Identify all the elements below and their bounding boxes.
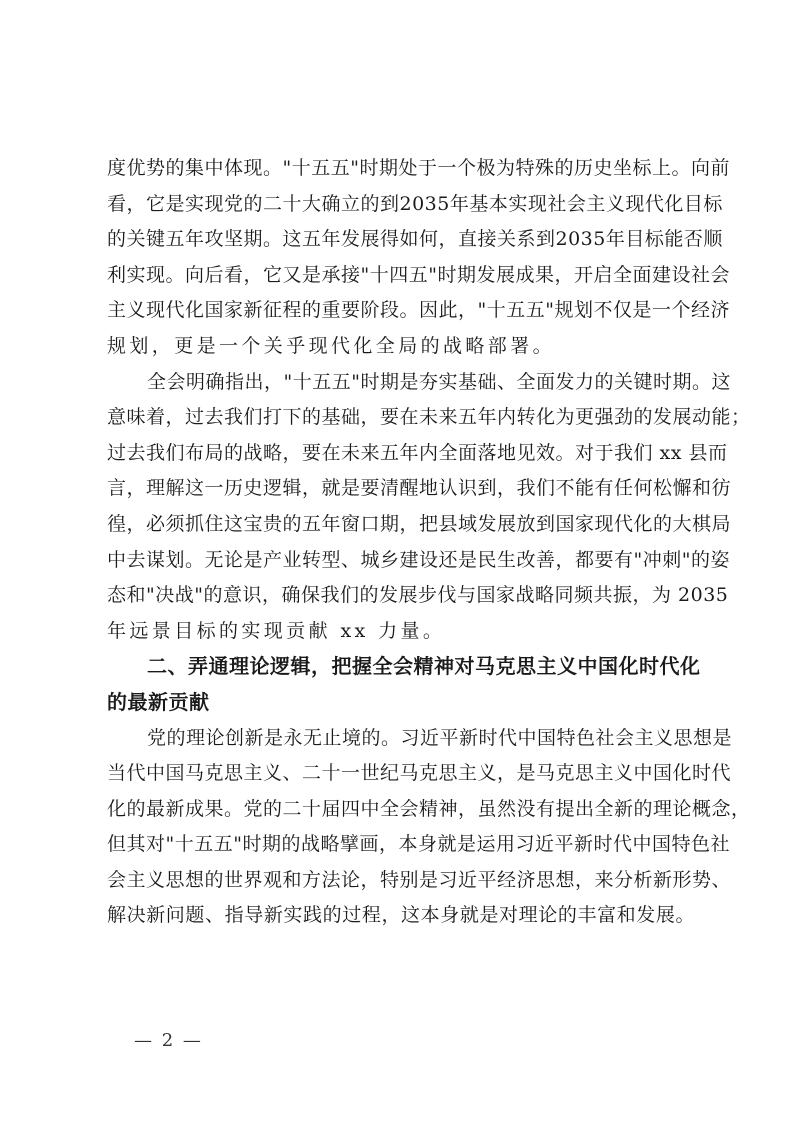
text-line: 全会明确指出，"十五五"时期是夯实基础、全面发力的关键时期。这	[107, 365, 695, 401]
text-line: 年远景目标的实现贡献 xx 力量。	[107, 614, 695, 650]
text-line: 言，理解这一历史逻辑，就是要清醒地认识到，我们不能有任何松懈和彷	[107, 471, 695, 507]
text-line: 当代中国马克思主义、二十一世纪马克思主义，是马克思主义中国化时代	[107, 756, 695, 792]
paragraph-plenum-key-period: 全会明确指出，"十五五"时期是夯实基础、全面发力的关键时期。这 意味着，过去我们…	[107, 365, 695, 650]
document-page: 度优势的集中体现。"十五五"时期处于一个极为特殊的历史坐标上。向前 看，它是实现…	[107, 151, 695, 934]
text-line: 主义现代化国家新征程的重要阶段。因此，"十五五"规划不仅是一个经济	[107, 293, 695, 329]
paragraph-theory-innovation: 党的理论创新是永无止境的。习近平新时代中国特色社会主义思想是 当代中国马克思主义…	[107, 721, 695, 935]
page-number: — 2 —	[134, 1030, 203, 1051]
text-line: 态和"决战"的意识，确保我们的发展步伐与国家战略同频共振，为 2035	[107, 578, 695, 614]
text-line: 规划，更是一个关乎现代化全局的战略部署。	[107, 329, 695, 365]
text-line: 会主义思想的世界观和方法论，特别是习近平经济思想，来分析新形势、	[107, 863, 695, 899]
text-line: 度优势的集中体现。"十五五"时期处于一个极为特殊的历史坐标上。向前	[107, 151, 695, 187]
text-line: 利实现。向后看，它又是承接"十四五"时期发展成果，开启全面建设社会	[107, 258, 695, 294]
text-line: 化的最新成果。党的二十届四中全会精神，虽然没有提出全新的理论概念，	[107, 792, 695, 828]
heading-line: 二、弄通理论逻辑，把握全会精神对马克思主义中国化时代化	[107, 649, 695, 685]
text-line: 党的理论创新是永无止境的。习近平新时代中国特色社会主义思想是	[107, 721, 695, 757]
text-line: 中去谋划。无论是产业转型、城乡建设还是民生改善，都要有"冲刺"的姿	[107, 543, 695, 579]
text-line: 的关键五年攻坚期。这五年发展得如何，直接关系到2035年目标能否顺	[107, 222, 695, 258]
heading-line: 的最新贡献	[107, 685, 695, 721]
section-heading-2: 二、弄通理论逻辑，把握全会精神对马克思主义中国化时代化 的最新贡献	[107, 649, 695, 720]
paragraph-shiwuwu-significance: 度优势的集中体现。"十五五"时期处于一个极为特殊的历史坐标上。向前 看，它是实现…	[107, 151, 695, 365]
text-line: 但其对"十五五"时期的战略擘画，本身就是运用习近平新时代中国特色社	[107, 827, 695, 863]
text-line: 徨，必须抓住这宝贵的五年窗口期，把县域发展放到国家现代化的大棋局	[107, 507, 695, 543]
text-line: 过去我们布局的战略，要在未来五年内全面落地见效。对于我们 xx 县而	[107, 436, 695, 472]
text-line: 解决新问题、指导新实践的过程，这本身就是对理论的丰富和发展。	[107, 898, 695, 934]
text-line: 意味着，过去我们打下的基础，要在未来五年内转化为更强劲的发展动能；	[107, 400, 695, 436]
text-line: 看，它是实现党的二十大确立的到2035年基本实现社会主义现代化目标	[107, 187, 695, 223]
